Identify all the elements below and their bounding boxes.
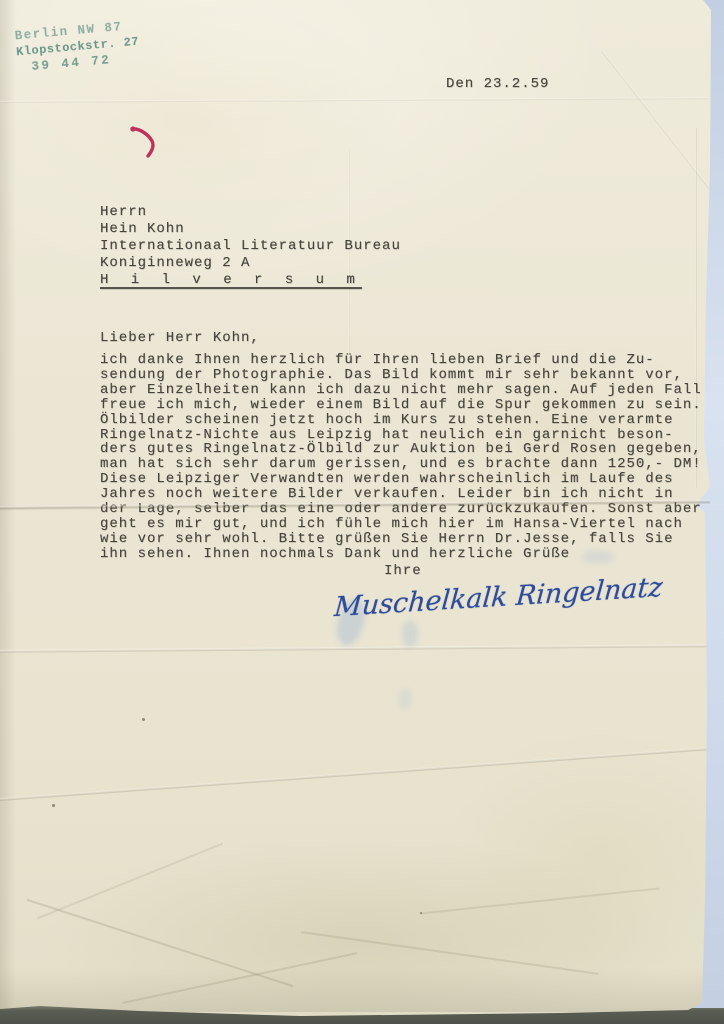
paper-speck-2 — [52, 804, 55, 807]
date-line: Den 23.2.59 — [446, 76, 549, 92]
closing-ihre: Ihre — [384, 563, 422, 579]
wrinkle-bottom-5 — [37, 843, 223, 920]
paper-speck-1 — [142, 718, 145, 721]
red-pencil-mark — [126, 122, 172, 166]
paper-speck-3 — [420, 912, 422, 914]
wrinkle-bottom-4 — [421, 887, 660, 914]
recipient-address: Herrn Hein Kohn Internationaal Literatuu… — [100, 204, 401, 272]
ink-smudge-2 — [402, 620, 418, 648]
letter-body: ich danke Ihnen herzlich für Ihren liebe… — [100, 353, 702, 562]
fold-crease-top — [0, 97, 724, 103]
paper-edge-shading-bottom — [0, 968, 724, 1012]
ink-smudge-4 — [398, 688, 412, 710]
paper-edge-shading-left — [0, 0, 16, 1024]
fold-crease-lower-diagonal — [0, 745, 724, 802]
fold-crease-middle — [0, 644, 710, 653]
salutation: Lieber Herr Kohn, — [100, 330, 260, 346]
letter-scan: Berlin NW 87 Klopstockstr. 27 39 44 72 D… — [0, 0, 724, 1024]
recipient-city: H i l v e r s u m — [100, 272, 362, 288]
